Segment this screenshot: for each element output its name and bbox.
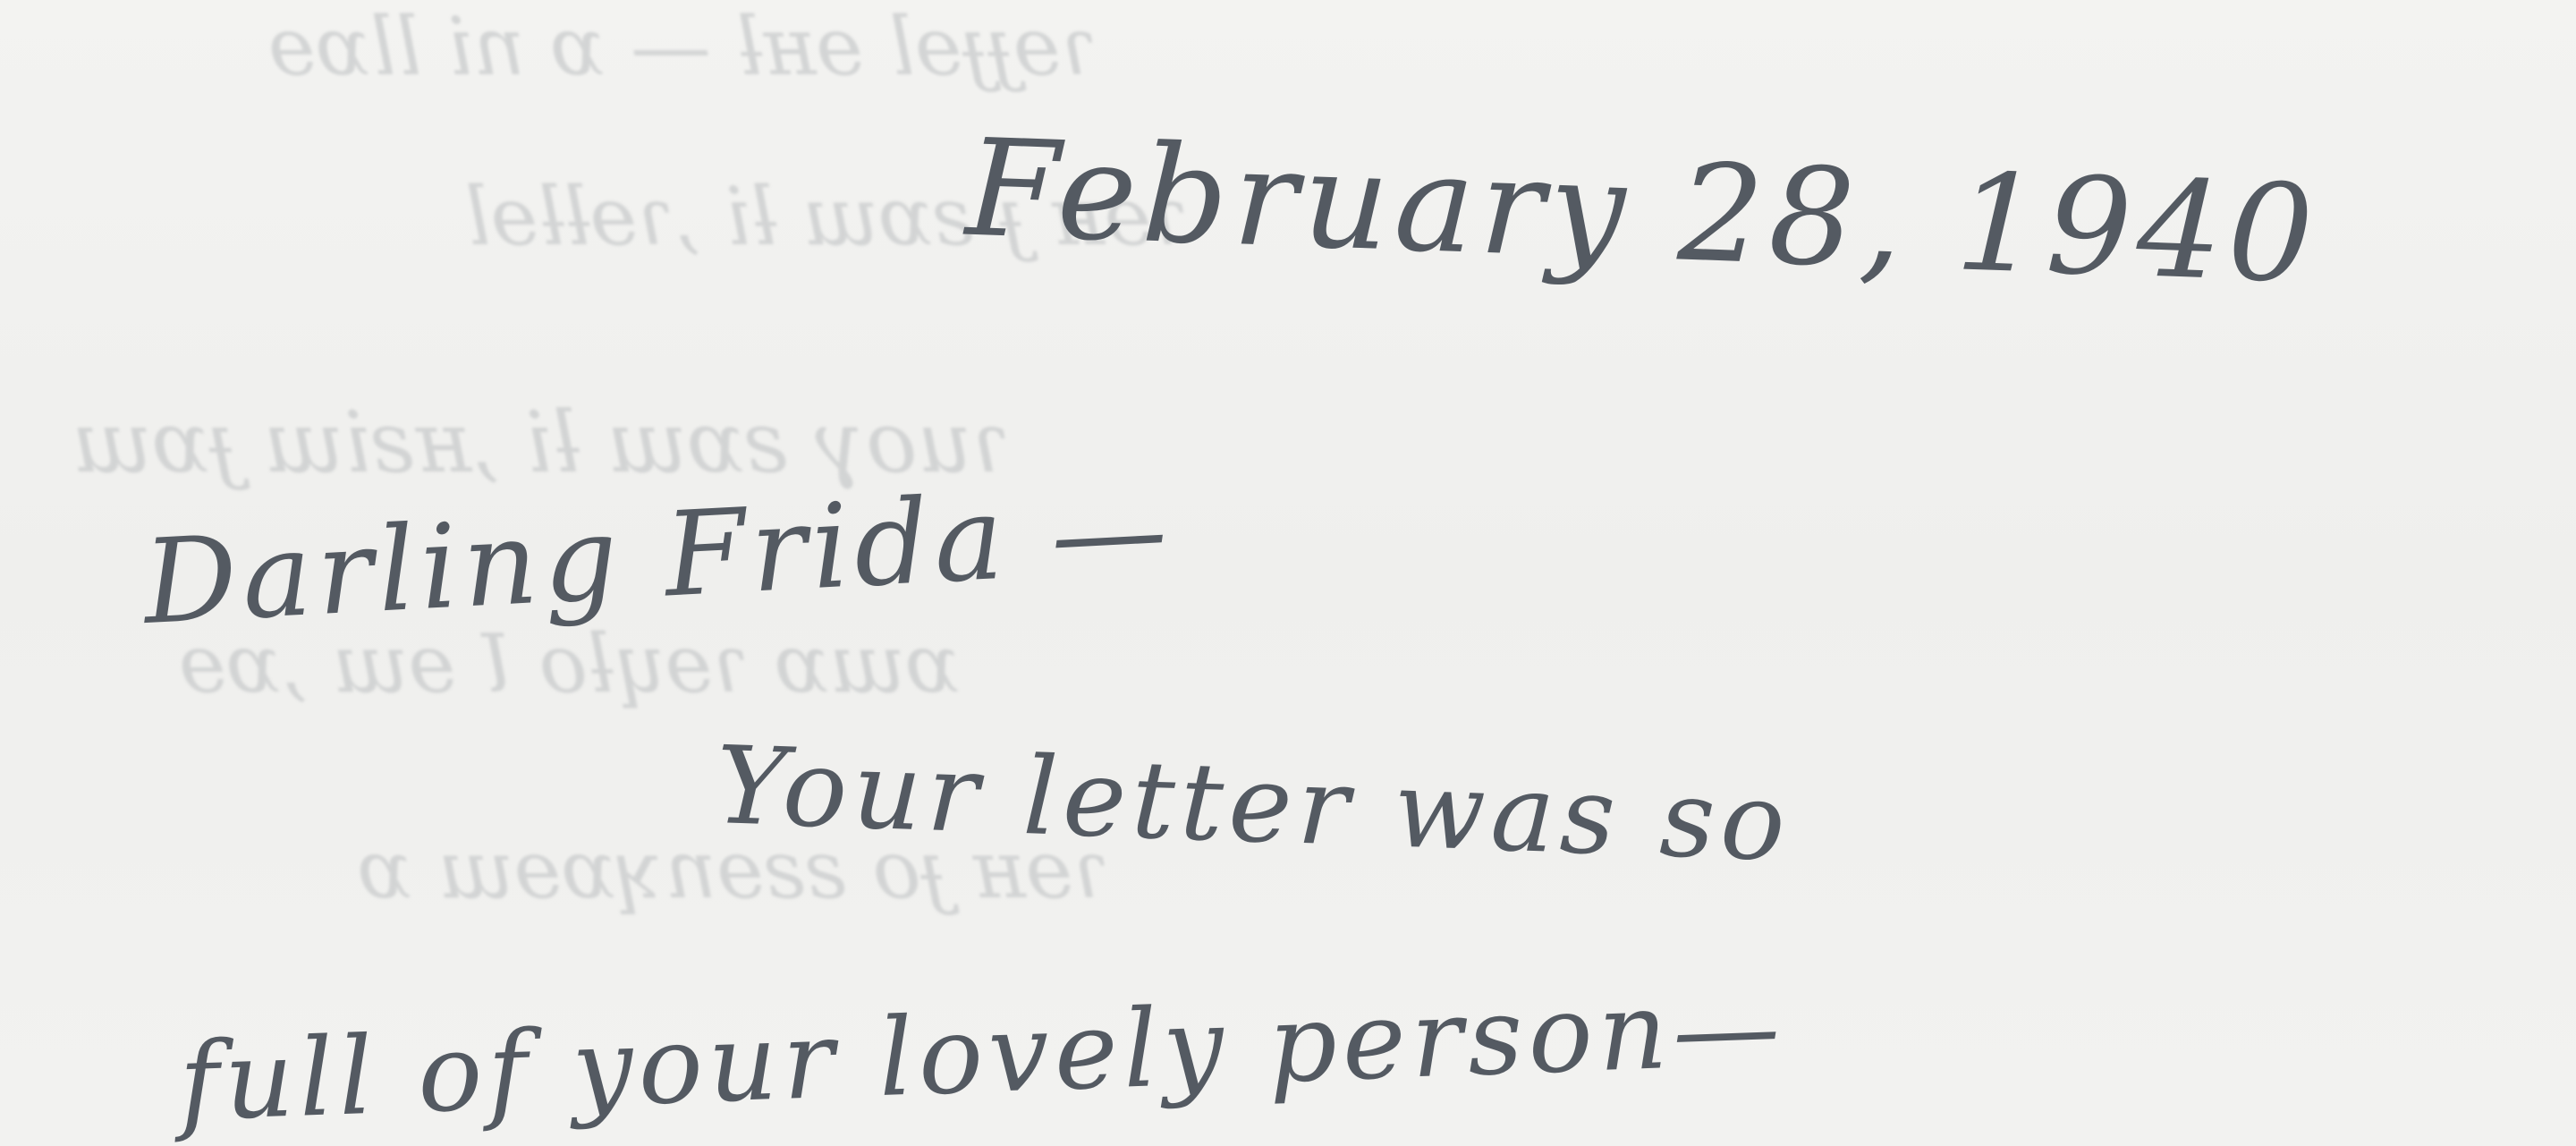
bleed-through-line: ɿɘɟɟɘl ɘʜƚ — ɒ ni llɒɘ xyxy=(268,0,1097,94)
